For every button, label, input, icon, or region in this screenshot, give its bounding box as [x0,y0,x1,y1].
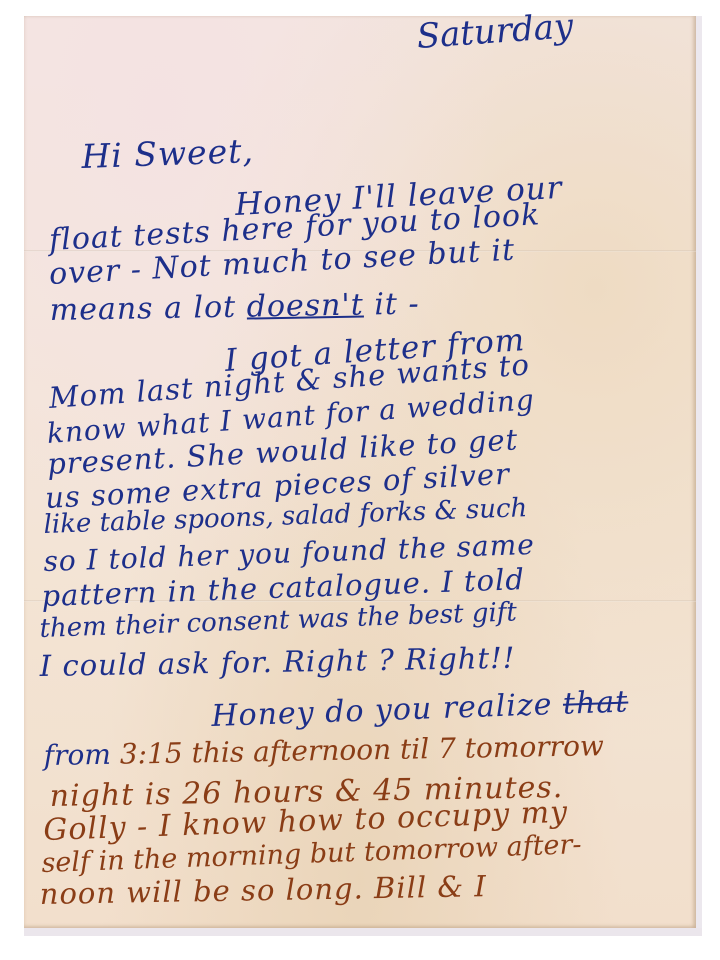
letter-salutation: Hi Sweet, [81,134,255,173]
underlined-word: doesn't [246,288,364,325]
paper-edge-bottom [24,928,702,936]
letter-line: I could ask for. Right ? Right!! [39,644,515,681]
letter-line: means a lot doesn't it - [49,290,419,326]
paper-edge-right [696,16,702,928]
scanned-letter: Saturday Hi Sweet, Honey I'll leave our … [0,0,720,960]
letter-line: noon will be so long. Bill & I [39,872,487,909]
struck-word: that [562,684,629,721]
letter-text: it - [363,287,419,323]
letter-text: from [43,738,120,772]
letter-text: means a lot [49,290,247,328]
letter-date: Saturday [416,9,575,54]
